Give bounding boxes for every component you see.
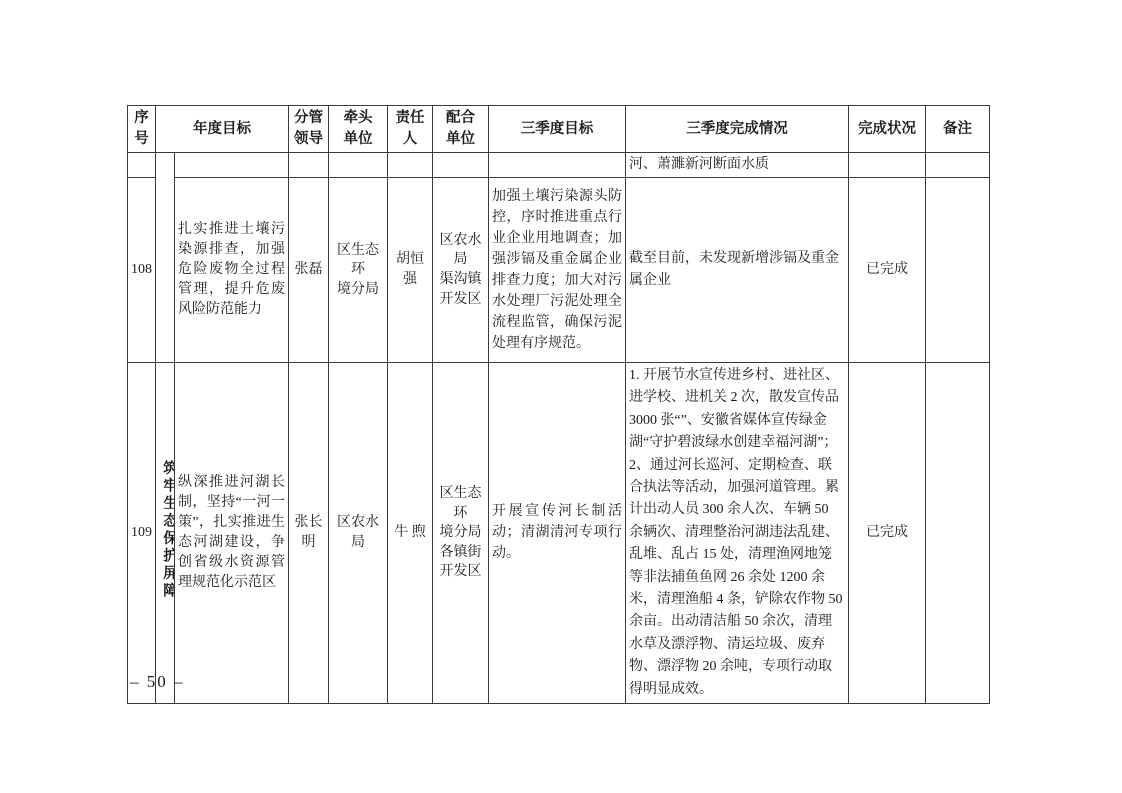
cell-r109-leader: 张长 明 [289,363,329,704]
col-header-q3-target: 三季度目标 [489,106,626,153]
cell-r108-remark [926,178,990,363]
table-row-108: 108 扎实推进土壤污染源排查，加强危险废物全过程管理，提升危废风险防范能力 张… [128,178,990,363]
cell-r108-leader: 张磊 [289,178,329,363]
cell-r108-q3-completion: 截至目前，未发现新增涉镉及重金属企业 [626,178,849,363]
cell-r109-q3-target: 开展宣传河长制活动；清湖清河专项行动。 [489,363,626,704]
cell-cont-lead-unit [329,153,388,178]
continuation-row: 河、萧濉新河断面水质 [128,153,990,178]
col-header-responsible: 责任人 [388,106,433,153]
cell-cont-annual-target [175,153,289,178]
cell-cont-support-unit [433,153,489,178]
cell-r108-responsible: 胡恒强 [388,178,433,363]
cell-r109-remark [926,363,990,704]
col-header-q3-completion: 三季度完成情况 [626,106,849,153]
page-number: – 50 – [130,672,185,692]
cell-cont-q3-target [489,153,626,178]
col-header-annual-target: 年度目标 [156,106,289,153]
cell-cont-category [156,153,175,363]
col-header-remark: 备注 [926,106,990,153]
col-header-status: 完成状况 [849,106,926,153]
cell-r109-q3-completion: 1. 开展节水宣传进乡村、进社区、进学校、进机关 2 次，散发宣传品 3000 … [626,363,849,704]
cell-r109-category: 筑牢生态保护屏障 [156,363,175,704]
cell-r108-status: 已完成 [849,178,926,363]
cell-r109-lead-unit: 区农水局 [329,363,388,704]
cell-r109-status: 已完成 [849,363,926,704]
table-row-109: 109 筑牢生态保护屏障 纵深推进河湖长制，坚持“一河一策”，扎实推进生态河湖建… [128,363,990,704]
cell-cont-status [849,153,926,178]
cell-r108-support-unit: 区农水局 渠沟镇 开发区 [433,178,489,363]
cell-cont-q3-completion: 河、萧濉新河断面水质 [626,153,849,178]
cell-r109-responsible: 牛 煦 [388,363,433,704]
cell-r108-annual-target: 扎实推进土壤污染源排查，加强危险废物全过程管理，提升危废风险防范能力 [175,178,289,363]
category-vertical-label: 筑牢生态保护屏障 [159,460,175,600]
cell-cont-remark [926,153,990,178]
header-row: 序 号 年度目标 分管 领导 牵头 单位 责任人 配合 单位 三季度目标 三季度… [128,106,990,153]
cell-cont-responsible [388,153,433,178]
cell-r109-annual-target: 纵深推进河湖长制，坚持“一河一策”，扎实推进生态河湖建设，争创省级水资源管理规范… [175,363,289,704]
cell-r109-support-unit: 区生态环 境分局 各镇街 开发区 [433,363,489,704]
progress-table: 序 号 年度目标 分管 领导 牵头 单位 责任人 配合 单位 三季度目标 三季度… [127,105,990,704]
col-header-support-unit: 配合 单位 [433,106,489,153]
cell-r108-q3-target: 加强土壤污染源头防控，序时推进重点行业企业用地调查；加强涉镉及重金属企业排查力度… [489,178,626,363]
cell-r108-seq: 108 [128,178,156,363]
document-page: 序 号 年度目标 分管 领导 牵头 单位 责任人 配合 单位 三季度目标 三季度… [0,0,1122,793]
col-header-lead-unit: 牵头 单位 [329,106,388,153]
cell-r109-seq: 109 [128,363,156,704]
cell-r108-lead-unit: 区生态环 境分局 [329,178,388,363]
col-header-seq: 序 号 [128,106,156,153]
col-header-leader: 分管 领导 [289,106,329,153]
cell-cont-leader [289,153,329,178]
cell-cont-seq [128,153,156,178]
